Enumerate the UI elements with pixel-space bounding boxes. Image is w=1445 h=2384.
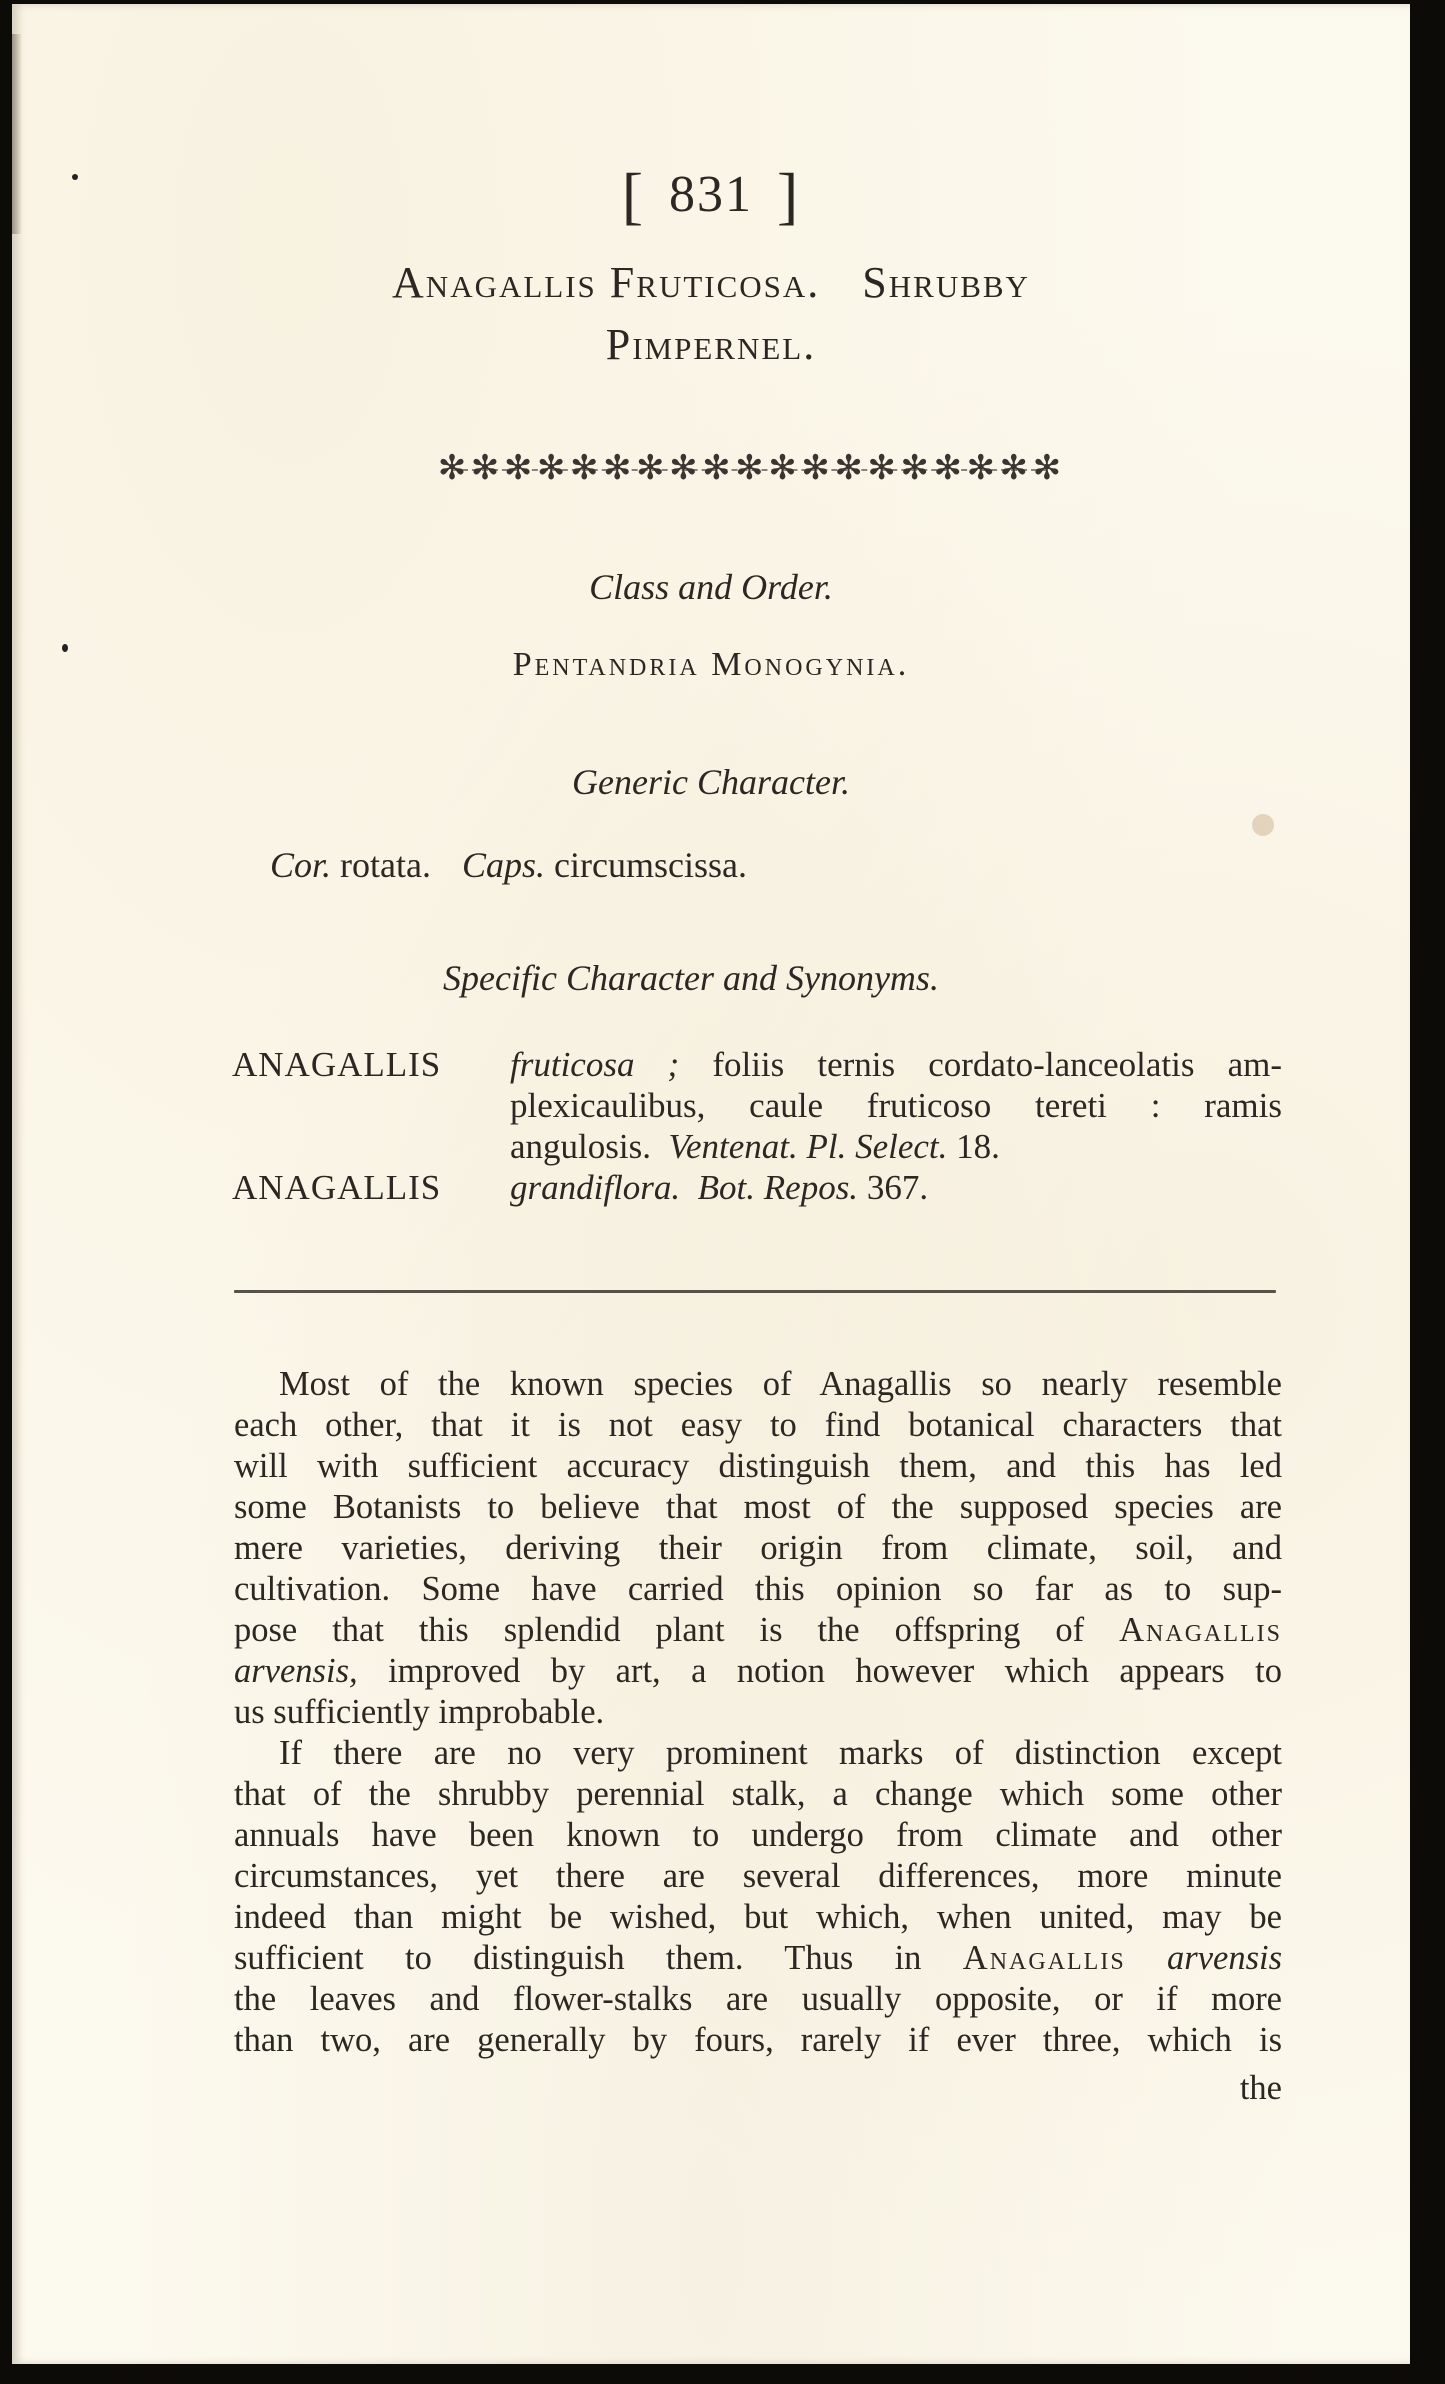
body-line: cultivation. Some have carried this opin… (234, 1569, 1282, 1610)
synonym-reference-number: 367. (867, 1168, 928, 1207)
body-line: If there are no very prominent marks of … (234, 1733, 1282, 1774)
synonym-genus: ANAGALLIS (232, 1167, 510, 1208)
synonym-desc-line: plexicaulibus, caule fruticoso tereti : … (510, 1085, 1282, 1126)
synonyms-list: ANAGALLIS fruticosa ; foliis ternis cord… (232, 1044, 1282, 1208)
body-text: Most of the known species of Anagallis s… (234, 1364, 1282, 2061)
class-order-value: Pentandria Monogynia. (12, 646, 1410, 684)
body-line: Most of the known species of Anagallis s… (234, 1364, 1282, 1405)
body-line: pose that this splendid plant is the off… (234, 1610, 1282, 1651)
body-line: than two, are generally by fours, rarely… (234, 2020, 1282, 2061)
body-line: us sufficiently improbable. (234, 1692, 1282, 1733)
synonym-reference: Ventenat. Pl. Select. (668, 1127, 947, 1166)
synonym-description: fruticosa ; foliis ternis cordato-lanceo… (510, 1044, 1282, 1167)
ornament-star-icon: ✻ (867, 451, 897, 487)
specific-character-heading: Specific Character and Synonyms. (0, 957, 1390, 999)
abbr-corolla: Cor. (270, 845, 331, 885)
synonym-desc-line: foliis ternis cordato-lanceolatis am- (712, 1045, 1282, 1084)
synonym-entry: ANAGALLIS grandiflora. Bot. Repos. 367. (232, 1167, 1282, 1208)
synonym-description: grandiflora. Bot. Repos. 367. (510, 1167, 1282, 1208)
body-line: some Botanists to believe that most of t… (234, 1487, 1282, 1528)
ornament-star-icon: ✻ (602, 451, 632, 487)
body-line: circumstances, yet there are several dif… (234, 1856, 1282, 1897)
body-line: arvensis, improved by art, a notion howe… (234, 1651, 1282, 1692)
synonym-desc-line: angulosis. (510, 1127, 651, 1166)
ornament-star-icon: ✻ (900, 451, 930, 487)
synonym-entry: ANAGALLIS fruticosa ; foliis ternis cord… (232, 1044, 1282, 1167)
page-title: Anagallis Fruticosa.Shrubby Pimpernel. (12, 252, 1410, 376)
ornament-star-icon: ✻ (569, 451, 599, 487)
ornament-star-icon: ✻ (668, 451, 698, 487)
body-line: mere varieties, deriving their origin fr… (234, 1528, 1282, 1569)
capsule-text: circumscissa. (554, 845, 747, 885)
title-latin-name: Anagallis Fruticosa. (392, 258, 820, 307)
body-line: will with sufficient accuracy distinguis… (234, 1446, 1282, 1487)
synonym-genus: ANAGALLIS (232, 1044, 510, 1167)
synonym-species: grandiflora. (510, 1168, 680, 1207)
title-line-1: Anagallis Fruticosa.Shrubby (12, 252, 1410, 314)
page-number: [831] (12, 159, 1410, 233)
ornament-star-icon: ✻ (734, 451, 764, 487)
ornament-star-icon: ✻ (701, 451, 731, 487)
body-line: the leaves and flower-stalks are usually… (234, 1979, 1282, 2020)
body-line: indeed than might be wished, but which, … (234, 1897, 1282, 1938)
synonym-species: fruticosa ; (510, 1045, 679, 1084)
title-line-2: Pimpernel. (12, 314, 1410, 376)
body-line: each other, that it is not easy to find … (234, 1405, 1282, 1446)
generic-character-text: Cor. rotata. Caps. circumscissa. (270, 844, 747, 886)
title-common-name-1: Shrubby (862, 258, 1030, 307)
ornament-star-icon: ✻ (536, 451, 566, 487)
synonym-reference: Bot. Repos. (698, 1168, 858, 1207)
class-order-heading: Class and Order. (12, 566, 1410, 608)
body-line: sufficient to distinguish them. Thus in … (234, 1938, 1282, 1979)
section-rule (234, 1290, 1276, 1293)
ornament-star-icon: ✻ (767, 451, 797, 487)
body-line: annuals have been known to undergo from … (234, 1815, 1282, 1856)
ornament-star-icon: ✻ (933, 451, 963, 487)
corolla-text: rotata. (340, 845, 431, 885)
generic-character-heading: Generic Character. (12, 761, 1410, 803)
ornament-star-icon: ✻ (801, 451, 831, 487)
synonym-reference-number: 18. (956, 1127, 1000, 1166)
catchword: the (1162, 2069, 1282, 2108)
page-number-value: 831 (669, 166, 753, 223)
ornament-star-icon: ✻ (503, 451, 533, 487)
ornament-star-icon: ✻ (834, 451, 864, 487)
bracket-open: [ (622, 160, 645, 231)
ornament-divider: ✻✻✻✻✻✻✻✻✻✻✻✻✻✻✻✻✻✻✻ (437, 451, 1062, 487)
body-line: that of the shrubby perennial stalk, a c… (234, 1774, 1282, 1815)
ornament-star-icon: ✻ (470, 451, 500, 487)
ornament-star-icon: ✻ (635, 451, 665, 487)
book-page: [831] Anagallis Fruticosa.Shrubby Pimper… (12, 4, 1410, 2364)
ornament-star-icon: ✻ (437, 451, 467, 487)
ornament-star-icon: ✻ (1032, 451, 1062, 487)
ornament-star-icon: ✻ (999, 451, 1029, 487)
bracket-close: ] (777, 160, 800, 231)
abbr-capsule: Caps. (462, 845, 545, 885)
foxing-spot (1252, 814, 1274, 836)
ornament-star-icon: ✻ (966, 451, 996, 487)
